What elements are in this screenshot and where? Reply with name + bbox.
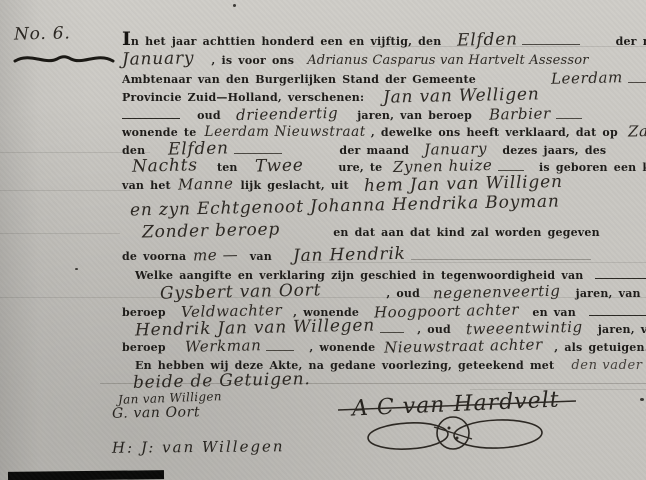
pen-tail — [498, 160, 524, 171]
act-number: No. 6. — [14, 24, 71, 44]
scan-line — [0, 190, 130, 191]
printed-fragment: lijk geslacht, uit — [241, 179, 349, 192]
doc-line-2: January , is voor ons Adrianus Casparus … — [122, 49, 589, 69]
blank-rule — [122, 104, 180, 119]
doc-line-6: wonende te Leerdam Nieuwstraat , dewelke… — [122, 121, 646, 140]
printed-fragment: , dewelke ons heeft verklaard, dat op — [371, 126, 618, 139]
printed-fragment: beroep — [122, 341, 166, 354]
printed-fragment: van — [250, 250, 272, 263]
scan-speck — [75, 268, 78, 270]
handwritten-signed-by: den vader en — [571, 358, 646, 373]
handwritten-witness2-occupation: Werkman — [185, 336, 262, 356]
pen-tail — [556, 108, 582, 119]
scan-speck — [233, 4, 236, 7]
doc-line-19: beide de Getuigen. — [133, 371, 311, 391]
doc-line-10: en zyn Echtgenoot Johanna Hendrika Boyma… — [130, 196, 560, 216]
printed-fragment: der maand — [616, 35, 646, 48]
blank-rule — [589, 301, 646, 316]
doc-line-16: Hendrik Jan van Willegen , oud tweeentwi… — [135, 318, 646, 338]
printed-fragment: jaren, van — [576, 287, 641, 300]
handwritten-day: Elfden — [456, 29, 517, 50]
printed-fragment: en dat aan dat kind zal worden gegeven — [333, 226, 600, 239]
blank-rule — [595, 264, 646, 279]
handwritten-witness1-age: negenenveertig — [433, 282, 561, 303]
doc-line-8: Nachts ten Twee ure, te Zynen huize is g… — [132, 156, 646, 176]
doc-line-3: Ambtenaar van den Burgerlijken Stand der… — [122, 68, 646, 87]
printed-fragment: , is voor ons — [211, 54, 294, 67]
pen-tail — [628, 72, 646, 83]
printed-fragment: n het jaar achttien honderd een en vijft… — [131, 35, 442, 48]
handwritten-child-name: Jan Hendrik — [293, 244, 406, 266]
doc-line-9: van het Manne lijk geslacht, uit hem Jan… — [122, 174, 563, 194]
scan-speck — [640, 398, 644, 401]
pen-tail — [411, 249, 591, 260]
handwritten-signed-by-2: beide de Getuigen. — [133, 369, 311, 393]
pen-tail — [380, 322, 404, 333]
doc-line-11: Zonder beroep en dat aan dat kind zal wo… — [142, 221, 600, 241]
printed-fragment: , als getuigen. — [554, 341, 646, 354]
signature-witness1: G. van Oort — [112, 404, 200, 422]
printed-fragment: wonende te — [122, 126, 196, 139]
handwritten-fragment: me — — [193, 246, 239, 265]
doc-line-12: de voorna me — van Jan Hendrik — [122, 245, 591, 265]
signature-witness2: H: J: van Willegen — [112, 437, 285, 457]
printed-fragment: van het — [122, 179, 171, 192]
handwritten-mother: en zyn Echtgenoot Johanna Hendrika Boyma… — [130, 192, 560, 221]
handwritten-month: January — [122, 48, 195, 70]
act-number-text: No. 6. — [14, 23, 71, 44]
signature-official-flourish — [338, 398, 578, 454]
printed-fragment: ure, te — [338, 161, 382, 174]
printed-fragment: ten — [217, 161, 238, 174]
doc-line-4: Provincie Zuid—Holland, verschenen: Jan … — [122, 86, 540, 106]
printed-fragment: , wonende — [309, 341, 375, 354]
printed-fragment: Ambtenaar van den Burgerlijken Stand der… — [122, 73, 476, 86]
handwritten-gemeente: Leerdam — [551, 68, 623, 88]
handwritten-official-name: Adrianus Casparus van Hartvelt Assessor — [307, 53, 589, 68]
scan-artifact-bar — [8, 470, 164, 480]
pen-tail — [266, 340, 294, 351]
printed-fragment: , oud — [417, 323, 451, 336]
doc-line-14: Gysbert van Oort , oud negenenveertig ja… — [160, 282, 641, 302]
act-number-flourish — [12, 50, 116, 68]
doc-line-1: In het jaar achttien honderd een en vijf… — [122, 28, 646, 50]
doc-line-17: beroep Werkman , wonende Nieuwstraat ach… — [122, 336, 646, 355]
printed-fragment: , oud — [386, 287, 420, 300]
printed-fragment: jaren, van — [598, 323, 646, 336]
scan-line — [0, 233, 120, 234]
printed-fragment: de voorna — [122, 250, 186, 263]
printed-fragment: Provincie Zuid—Holland, verschenen: — [122, 91, 364, 104]
pen-tail — [522, 34, 580, 45]
pen-tail — [234, 143, 282, 154]
handwritten-weekday: Zatur — [628, 122, 646, 141]
handwritten-gender: Manne — [178, 174, 234, 193]
birth-certificate-scan: No. 6. In het jaar achttien honderd een … — [0, 0, 646, 480]
dropcap-letter: I — [122, 28, 131, 50]
doc-line-13: Welke aangifte en verklaring zijn geschi… — [135, 264, 646, 283]
handwritten-mother-occupation: Zonder beroep — [142, 220, 281, 243]
printed-fragment: Welke aangifte en verklaring zijn geschi… — [135, 269, 583, 282]
